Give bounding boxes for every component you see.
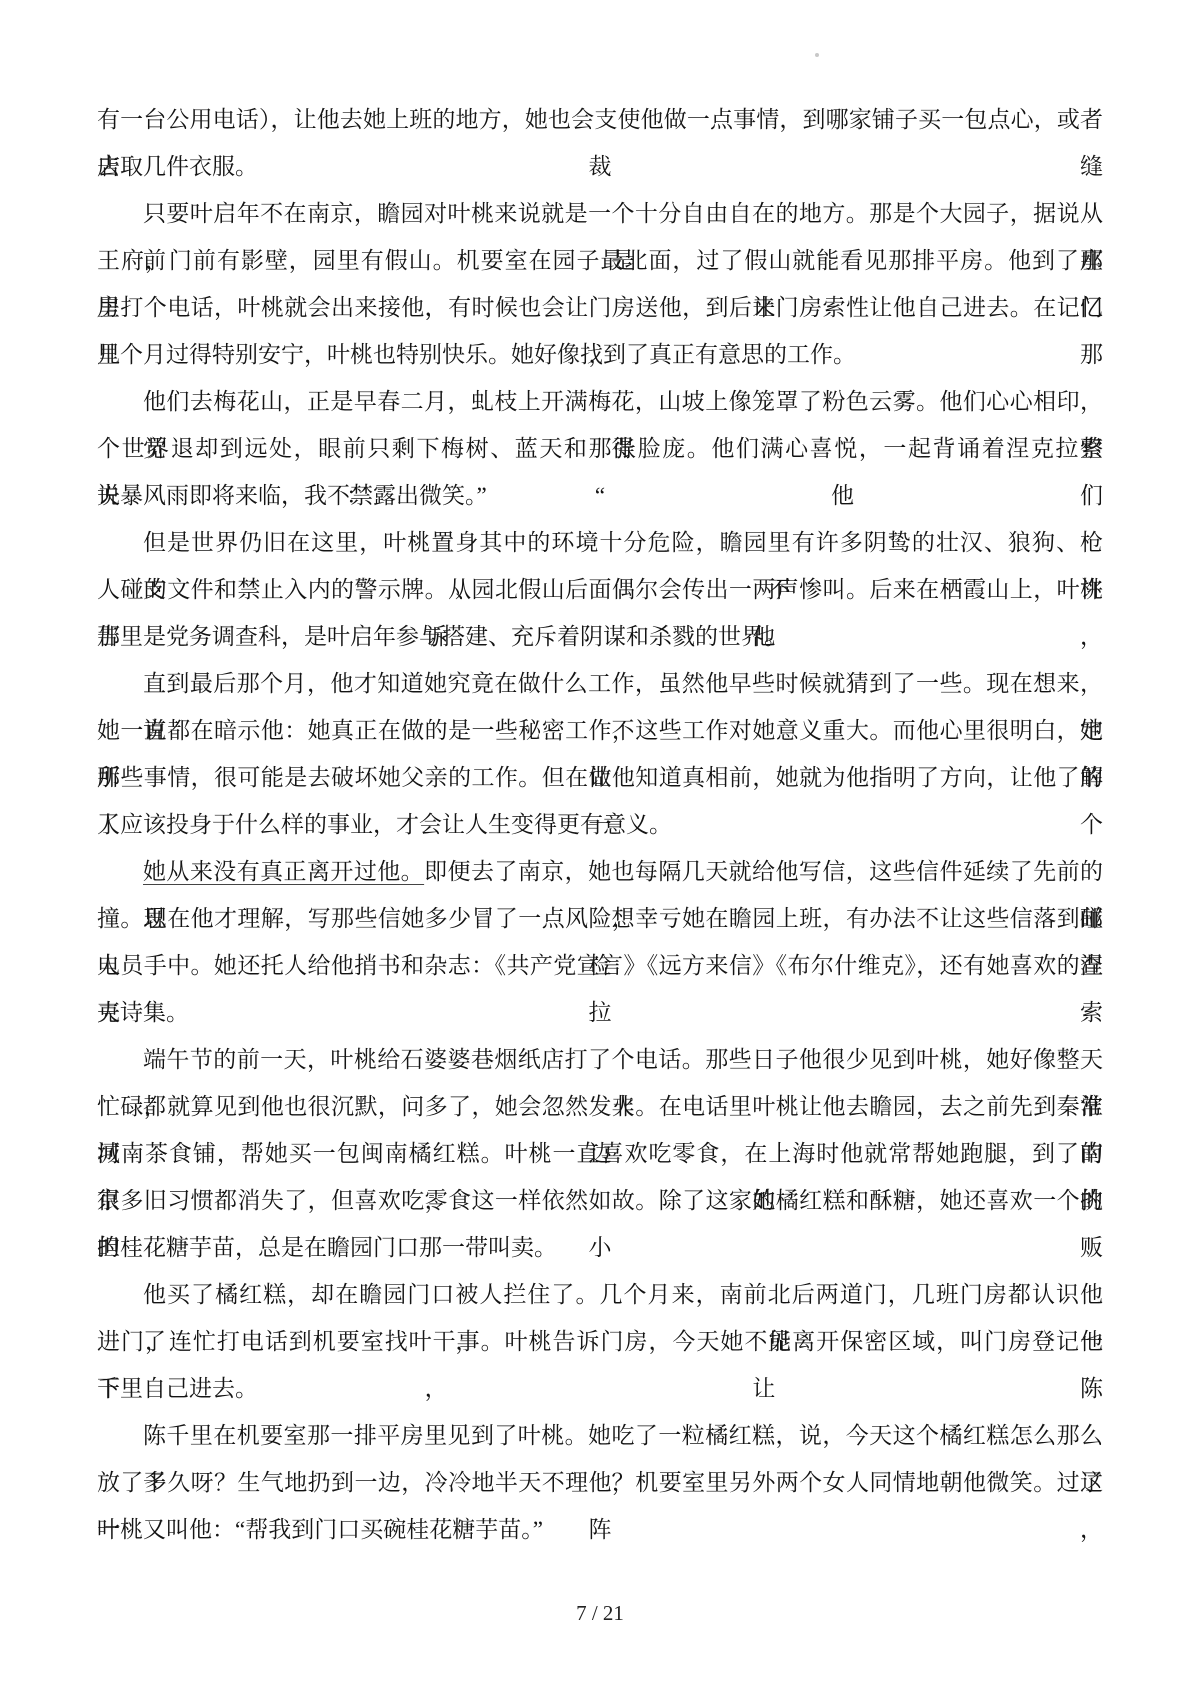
text-line-content: 人应该投身于什么样的事业，才会让人生变得更有意义。: [97, 812, 672, 837]
text-line: 个世界退却到远处，眼前只剩下梅树、蓝天和那张脸庞。他们满心喜悦，一起背诵着涅克拉…: [97, 425, 1103, 472]
text-line: 直到最后那个月，他才知道她究竟在做什么工作，虽然他早些时候就猜到了一些。现在想来…: [97, 660, 1103, 707]
text-line: 进门，连忙打电话到机要室找叶干事。叶桃告诉门房，今天她不能离开保密区域，叫门房登…: [97, 1318, 1103, 1365]
text-line: 他们去梅花山，正是早春二月，虬枝上开满梅花，山坡上像笼罩了粉色云雾。他们心心相印…: [97, 378, 1103, 425]
passage-text-block: 有一台公用电话），让他去她上班的地方，她也会支使他做一点事情，到哪家铺子买一包点…: [97, 96, 1103, 1553]
text-line: 人员手中。她还托人给他捎书和杂志：《共产党宣言》《远方来信》《布尔什维克》，还有…: [97, 942, 1103, 989]
text-line: 城南茶食铺，帮她买一包闽南橘红糕。叶桃一直喜欢吃零食，在上海时他就常帮她跑腿，到…: [97, 1130, 1103, 1177]
document-page: 有一台公用电话），让他去她上班的地方，她也会支使他做一点事情，到哪家铺子买一包点…: [0, 0, 1200, 1697]
text-line: 放了多久呀？生气地扔到一边，冷冷地半天不理他，机要室里另外两个女人同情地朝他微笑…: [97, 1459, 1103, 1506]
text-line: 那些事情，很可能是去破坏她父亲的工作。但在让他知道真相前，她就为他指明了方向，让…: [97, 754, 1103, 801]
text-line: 房打个电话，叶桃就会出来接他，有时候也会让门房送他，到后来门房索性让他自己进去。…: [97, 284, 1103, 331]
text-line: 撞。现在他才理解，写那些信她多少冒了一点风险，幸亏她在瞻园上班，有办法不让这些信…: [97, 895, 1103, 942]
text-line: 她一直都在暗示他：她真正在做的是一些秘密工作，这些工作对她意义重大。而他心里很明…: [97, 707, 1103, 754]
text-line-content: 夫诗集。: [97, 1000, 189, 1025]
text-line-content: 千里自己进去。: [97, 1376, 258, 1401]
stray-mark: [815, 53, 819, 57]
text-line: 但是世界仍旧在这里，叶桃置身其中的环境十分危险，瞻园里有许多阴鸷的壮汉、狼狗、枪…: [97, 519, 1103, 566]
page-number: 7 / 21: [0, 1600, 1200, 1626]
text-line: 王府，门前有影壁，园里有假山。机要室在园子最北面，过了假山就能看见那排平房。他到…: [97, 237, 1103, 284]
text-line: 有一台公用电话），让他去她上班的地方，她也会支使他做一点事情，到哪家铺子买一包点…: [97, 96, 1103, 143]
text-line-content: 店取几件衣服。: [97, 154, 258, 179]
text-line-content: 几个月过得特别安宁，叶桃也特别快乐。她好像找到了真正有意思的工作。: [97, 342, 856, 367]
text-line: 陈千里在机要室那一排平房里见到了叶桃。她吃了一粒橘红糕，说，今天这个橘红糕怎么那…: [97, 1412, 1103, 1459]
text-line: 他买了橘红糕，却在瞻园门口被人拦住了。几个月来，南前北后两道门，几班门房都认识他…: [97, 1271, 1103, 1318]
underlined-sentence: 她从来没有真正离开过他。: [143, 859, 424, 884]
text-line-content: 的桂花糖芋苗，总是在瞻园门口那一带叫卖。: [97, 1235, 557, 1260]
text-line: 只要叶启年不在南京，瞻园对叶桃来说就是一个十分自由自在的地方。那是个大园子，据说…: [97, 190, 1103, 237]
text-line: 她从来没有真正离开过他。即便去了南京，她也每隔几天就给他写信，这些信件延续了先前…: [97, 848, 1103, 895]
text-line-content: 叶桃又叫他：“帮我到门口买碗桂花糖芋苗。”: [97, 1517, 543, 1542]
text-line-content: 人员手中。她还托人给他捎书和杂志：《共产党宣言》《远方来信》《布尔什维克》，还有…: [97, 953, 1103, 1025]
text-line-content: 那里是党务调查科，是叶启年参与搭建、充斥着阴谋和杀戮的世界。: [97, 624, 787, 649]
text-line-content: 说暴风雨即将来临，我不禁露出微笑。”: [97, 483, 487, 508]
text-line: 端午节的前一天，叶桃给石婆婆巷烟纸店打了个电话。那些日子他很少见到叶桃，她好像整…: [97, 1036, 1103, 1083]
text-line: 人碰的文件和禁止入内的警示牌。从园北假山后面偶尔会传出一两声惨叫。后来在栖霞山上…: [97, 566, 1103, 613]
text-line: 忙碌，就算见到他也很沉默，问多了，她会忽然发火。在电话里叶桃让他去瞻园，去之前先…: [97, 1083, 1103, 1130]
text-line: 很多旧习惯都消失了，但喜欢吃零食这一样依然如故。除了这家的橘红糕和酥糖，她还喜欢…: [97, 1177, 1103, 1224]
